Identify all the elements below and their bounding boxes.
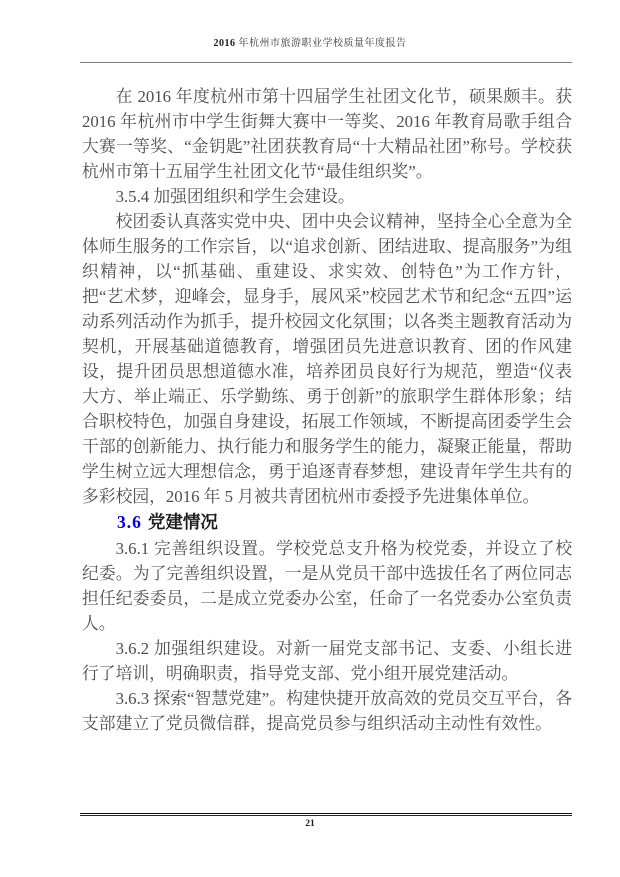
paragraph: 3.5.4 加强团组织和学生会建设。 (82, 184, 572, 209)
running-header: 2016年杭州市旅游职业学校质量年度报告 (0, 36, 620, 52)
paragraph: 3.6.3 探索“智慧党建”。构建快捷开放高效的党员交互平台，各支部建立了党员微… (82, 686, 572, 736)
paragraph: 在 2016 年度杭州市第十四届学生社团文化节，硕果颇丰。获 2016 年杭州市… (82, 84, 572, 184)
section-heading: 3.6党建情况 (82, 509, 572, 536)
paragraph: 3.6.2 加强组织建设。对新一届党支部书记、支委、小组长进行了培训，明确职责，… (82, 636, 572, 686)
document-body: 在 2016 年度杭州市第十四届学生社团文化节，硕果颇丰。获 2016 年杭州市… (82, 84, 572, 736)
header-year: 2016 (214, 38, 236, 49)
heading-title: 党建情况 (148, 512, 218, 532)
header-title: 年杭州市旅游职业学校质量年度报告 (239, 38, 407, 49)
paragraph: 校团委认真落实党中央、团中央会议精神，坚持全心全意为全体师生服务的工作宗旨，以“… (82, 209, 572, 509)
page-number: 21 (0, 819, 620, 829)
header-rule (80, 62, 572, 63)
footer-rule (80, 813, 572, 816)
paragraph: 3.6.1 完善组织设置。学校党总支升格为校党委，并设立了校纪委。为了完善组织设… (82, 536, 572, 636)
heading-number: 3.6 (117, 512, 142, 532)
document-page: 2016年杭州市旅游职业学校质量年度报告 在 2016 年度杭州市第十四届学生社… (0, 0, 620, 877)
